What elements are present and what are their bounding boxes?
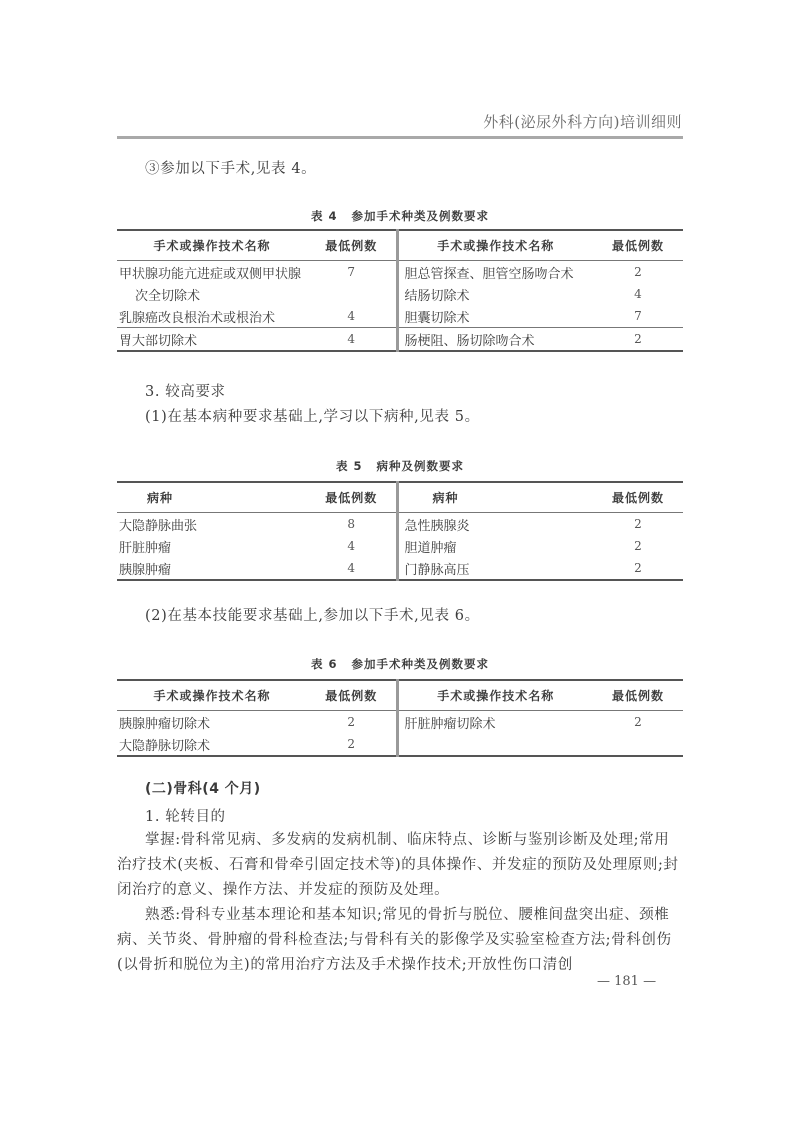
- table5: 病种 最低例数 病种 最低例数 大隐静脉曲张 8 急性胰腺炎 2 肝脏肿瘤 4 …: [117, 481, 683, 581]
- orthopedics-heading: (二)骨科(4 个月): [145, 778, 261, 798]
- page-number: — 181 —: [597, 974, 656, 989]
- table6-col-count-left: 最低例数: [307, 680, 397, 711]
- table4-col-name-left: 手术或操作技术名称: [117, 230, 307, 261]
- table6-caption: 表 6参加手术种类及例数要求: [117, 656, 683, 672]
- table5-col-count-right: 最低例数: [593, 482, 683, 513]
- intro-line: ③参加以下手术,见表 4。: [145, 157, 316, 178]
- table-row: 乳腺癌改良根治术或根治术 4 胆囊切除术 7: [117, 305, 683, 328]
- table5-col-name-right: 病种: [397, 482, 593, 513]
- table5-col-name-left: 病种: [117, 482, 307, 513]
- table-row: 甲状腺功能亢进症或双侧甲状腺 7 胆总管探查、胆管空肠吻合术 2: [117, 261, 683, 284]
- table-row: 胰腺肿瘤 4 门静脉高压 2: [117, 557, 683, 580]
- table-row: 肝脏肿瘤 4 胆道肿瘤 2: [117, 535, 683, 557]
- table6-col-count-right: 最低例数: [593, 680, 683, 711]
- orthopedics-subheading: 1. 轮转目的: [145, 805, 226, 826]
- table6-title: 参加手术种类及例数要求: [352, 657, 490, 671]
- table5-col-count-left: 最低例数: [307, 482, 397, 513]
- header-rule: [117, 136, 683, 139]
- table6-number: 表 6: [311, 657, 338, 671]
- table4-col-count-right: 最低例数: [593, 230, 683, 261]
- orthopedics-familiar-paragraph: 熟悉:骨科专业基本理论和基本知识;常见的骨折与脱位、腰椎间盘突出症、颈椎病、关节…: [117, 903, 683, 978]
- section3-item1: (1)在基本病种要求基础上,学习以下病种,见表 5。: [145, 405, 480, 426]
- table-row: 次全切除术 结肠切除术 4: [117, 283, 683, 305]
- table-row: 胰腺肿瘤切除术 2 肝脏肿瘤切除术 2: [117, 711, 683, 734]
- table4-col-count-left: 最低例数: [307, 230, 397, 261]
- table4-title: 参加手术种类及例数要求: [352, 209, 490, 223]
- table4-caption: 表 4参加手术种类及例数要求: [117, 208, 683, 224]
- table4-col-name-right: 手术或操作技术名称: [397, 230, 593, 261]
- table5-number: 表 5: [336, 459, 363, 473]
- table4-number: 表 4: [311, 209, 338, 223]
- table6-col-name-right: 手术或操作技术名称: [397, 680, 593, 711]
- table-row: 大隐静脉切除术 2: [117, 733, 683, 756]
- table5-title: 病种及例数要求: [377, 459, 465, 473]
- table4: 手术或操作技术名称 最低例数 手术或操作技术名称 最低例数 甲状腺功能亢进症或双…: [117, 229, 683, 352]
- table5-caption: 表 5病种及例数要求: [117, 458, 683, 474]
- orthopedics-master-paragraph: 掌握:骨科常见病、多发病的发病机制、临床特点、诊断与鉴别诊断及处理;常用治疗技术…: [117, 828, 683, 903]
- running-title: 外科(泌尿外科方向)培训细则: [483, 111, 682, 132]
- table6: 手术或操作技术名称 最低例数 手术或操作技术名称 最低例数 胰腺肿瘤切除术 2 …: [117, 679, 683, 757]
- section3-item2: (2)在基本技能要求基础上,参加以下手术,见表 6。: [145, 604, 480, 625]
- table-row: 胃大部切除术 4 肠梗阻、肠切除吻合术 2: [117, 328, 683, 352]
- table6-col-name-left: 手术或操作技术名称: [117, 680, 307, 711]
- table-row: 大隐静脉曲张 8 急性胰腺炎 2: [117, 513, 683, 536]
- section3-heading: 3. 较高要求: [145, 380, 226, 401]
